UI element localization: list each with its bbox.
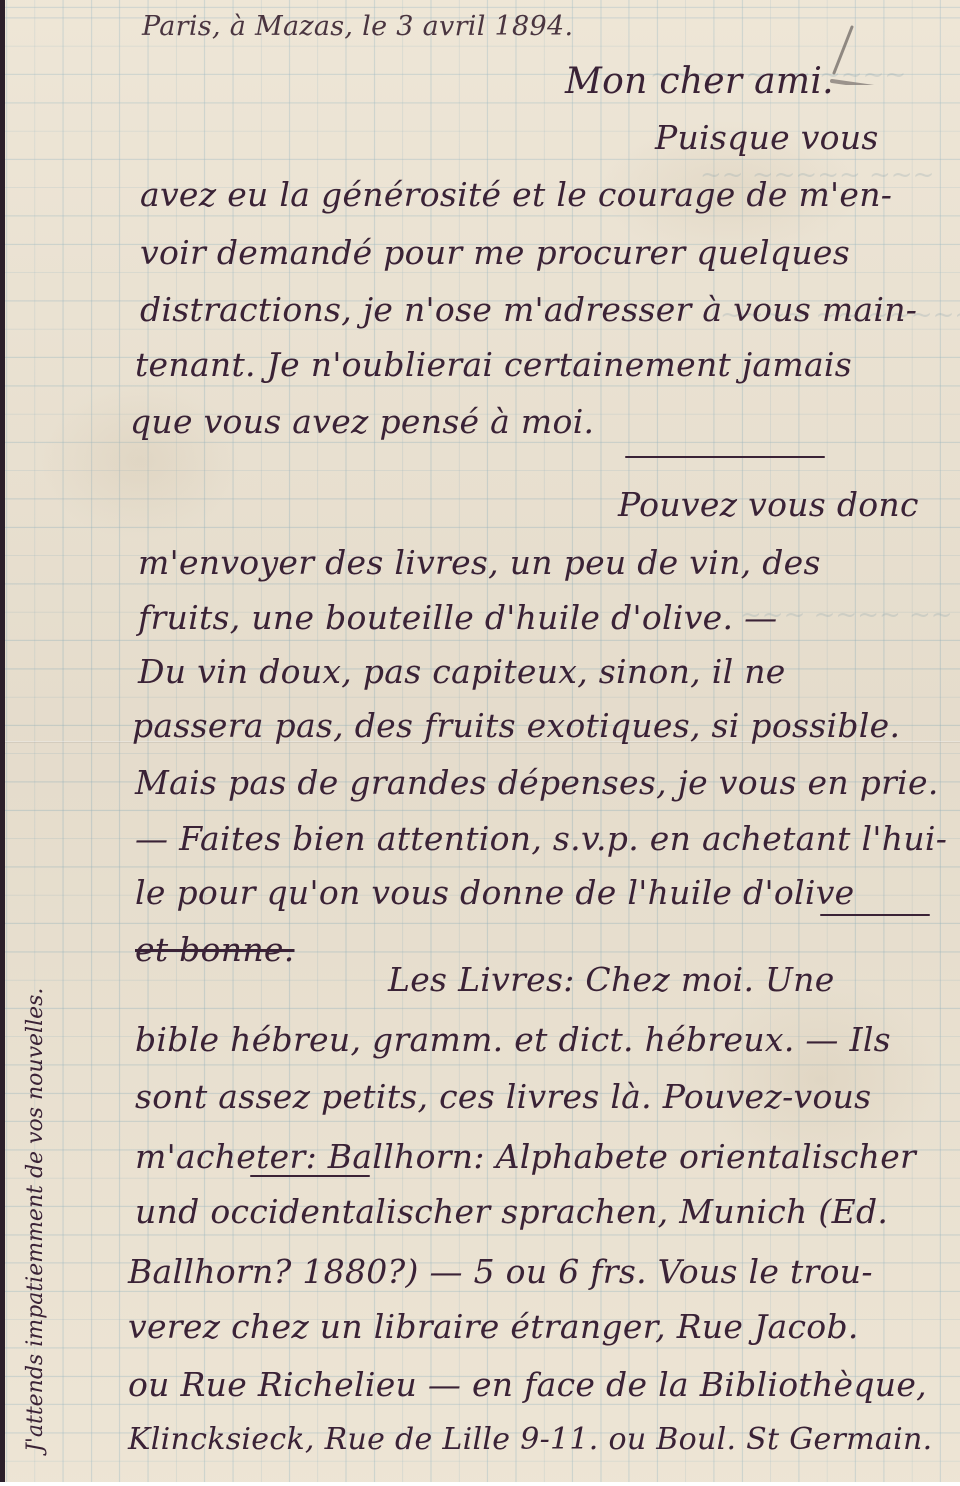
letter-line: — Faites bien attention, s.v.p. en achet… [135,819,947,859]
letter-line: que vous avez pensé à moi. [130,402,594,442]
struck-text: et bonne. [135,930,295,969]
letter-line: le pour qu'on vous donne de l'huile d'ol… [135,873,855,913]
letter-page: ~~~~ ~~~ ~~~~ ~~ ~~~~~ ~~~ ~~~~ ~~ ~~~~~… [0,0,960,1482]
letter-line: m'acheter: Ballhorn: Alphabete orientali… [135,1137,916,1177]
letter-line: sont assez petits, ces livres là. Pouvez… [135,1077,871,1117]
letter-line: ou Rue Richelieu — en face de la Bibliot… [128,1365,927,1405]
letter-line: Puisque vous [655,118,879,158]
letter-line: Mais pas de grandes dépenses, je vous en… [135,763,939,803]
letter-place-date: Paris, à Mazas, le 3 avril 1894. [142,10,573,44]
letter-line: Klincksieck, Rue de Lille 9-11. ou Boul.… [128,1420,932,1460]
letter-section-heading: Les Livres: Chez moi. Une [388,960,835,1000]
underline-ballhorn [250,1175,370,1177]
margin-note-vertical: J'attends impatiemment de vos nouvelles. [8,732,64,1452]
letter-line: Pouvez vous donc [618,485,919,525]
section-divider-line [625,456,825,458]
letter-line-struck: et bonne. [135,930,295,970]
underline-olive [820,914,930,916]
letter-line: distractions, je n'ose m'adresser à vous… [140,290,917,330]
letter-line: fruits, une bouteille d'huile d'olive. — [138,598,777,638]
letter-salutation: Mon cher ami. [565,60,834,104]
letter-line: verez chez un libraire étranger, Rue Jac… [128,1307,859,1347]
letter-line: avez eu la générosité et le courage de m… [140,175,892,215]
letter-line: Ballhorn? 1880?) — 5 ou 6 frs. Vous le t… [128,1252,873,1292]
letter-line: tenant. Je n'oublierai certainement jama… [135,345,852,385]
letter-line: Du vin doux, pas capiteux, sinon, il ne [138,652,786,692]
letter-line: passera pas, des fruits exotiques, si po… [132,706,900,746]
letter-line: voir demandé pour me procurer quelques [140,233,850,273]
letter-line: und occidentalischer sprachen, Munich (E… [135,1192,888,1232]
letter-line: bible hébreu, gramm. et dict. hébreux. —… [135,1020,891,1060]
letter-line: m'envoyer des livres, un peu de vin, des [138,543,821,583]
